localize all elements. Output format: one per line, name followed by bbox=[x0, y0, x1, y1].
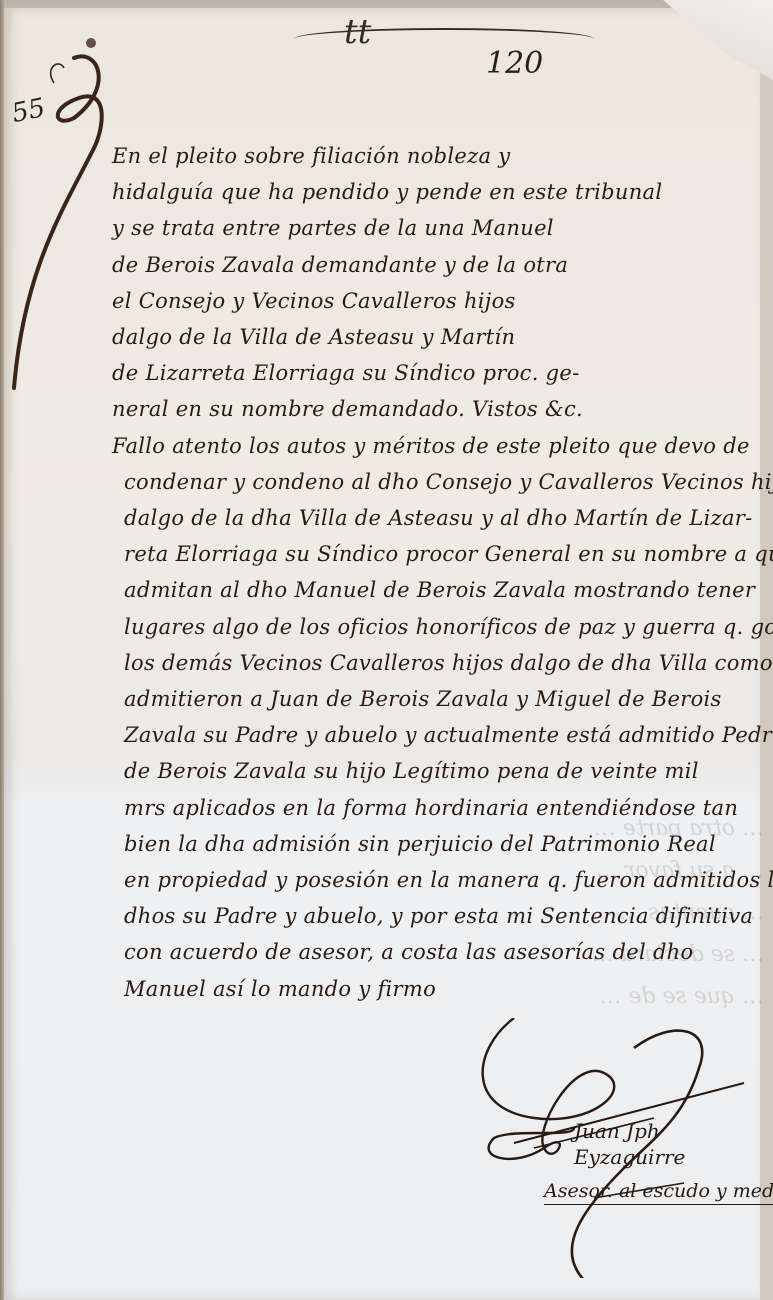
folio-number: 120 bbox=[486, 46, 543, 81]
text-line: de Lizarreta Elorriaga su Síndico proc. … bbox=[112, 355, 772, 391]
text-line: mrs aplicados en la forma hordinaria ent… bbox=[112, 790, 772, 826]
text-line: admitan al dho Manuel de Berois Zavala m… bbox=[112, 572, 772, 608]
text-line: reta Elorriaga su Síndico procor General… bbox=[112, 536, 772, 572]
signature-block: Juan Jph Eyzaguirre Asesor. al escudo y … bbox=[474, 1018, 773, 1278]
signatory-name-line1: Juan Jph bbox=[574, 1118, 685, 1144]
manuscript-page: … otra parte … … a su favor … … cuentas … bbox=[4, 8, 760, 1300]
signatory-name-line2: Eyzaguirre bbox=[574, 1144, 685, 1170]
text-line: en propiedad y posesión en la manera q. … bbox=[112, 862, 772, 898]
signatory-name: Juan Jph Eyzaguirre bbox=[574, 1118, 685, 1170]
text-line: neral en su nombre demandado. Vistos &c. bbox=[112, 391, 772, 427]
text-line: lugares algo de los oficios honoríficos … bbox=[112, 609, 772, 645]
text-line: dalgo de la dha Villa de Asteasu y al dh… bbox=[112, 500, 772, 536]
text-line: Fallo atento los autos y méritos de este… bbox=[112, 428, 772, 464]
text-line: con acuerdo de asesor, a costa las aseso… bbox=[112, 934, 772, 970]
text-line: hidalguía que ha pendido y pende en este… bbox=[112, 174, 772, 210]
fee-note: Asesor. al escudo y medio ga. bbox=[544, 1180, 773, 1205]
text-line: admitieron a Juan de Berois Zavala y Mig… bbox=[112, 681, 772, 717]
ruling-text: En el pleito sobre filiación nobleza y h… bbox=[112, 138, 772, 1007]
folio-mark: tt bbox=[344, 12, 371, 52]
text-line: y se trata entre partes de la una Manuel bbox=[112, 210, 772, 246]
text-line: dhos su Padre y abuelo, y por esta mi Se… bbox=[112, 898, 772, 934]
folio-header-line bbox=[294, 28, 594, 50]
text-line: los demás Vecinos Cavalleros hijos dalgo… bbox=[112, 645, 772, 681]
text-line: Manuel así lo mando y firmo bbox=[112, 971, 772, 1007]
text-line: Zavala su Padre y abuelo y actualmente e… bbox=[112, 717, 772, 753]
text-line: En el pleito sobre filiación nobleza y bbox=[112, 138, 772, 174]
text-line: dalgo de la Villa de Asteasu y Martín bbox=[112, 319, 772, 355]
margin-flourish-icon bbox=[4, 28, 124, 408]
text-line: de Berois Zavala su hijo Legítimo pena d… bbox=[112, 753, 772, 789]
text-line: bien la dha admisión sin perjuicio del P… bbox=[112, 826, 772, 862]
text-line: el Consejo y Vecinos Cavalleros hijos bbox=[112, 283, 772, 319]
text-line: condenar y condeno al dho Consejo y Cava… bbox=[112, 464, 772, 500]
text-line: de Berois Zavala demandante y de la otra bbox=[112, 247, 772, 283]
